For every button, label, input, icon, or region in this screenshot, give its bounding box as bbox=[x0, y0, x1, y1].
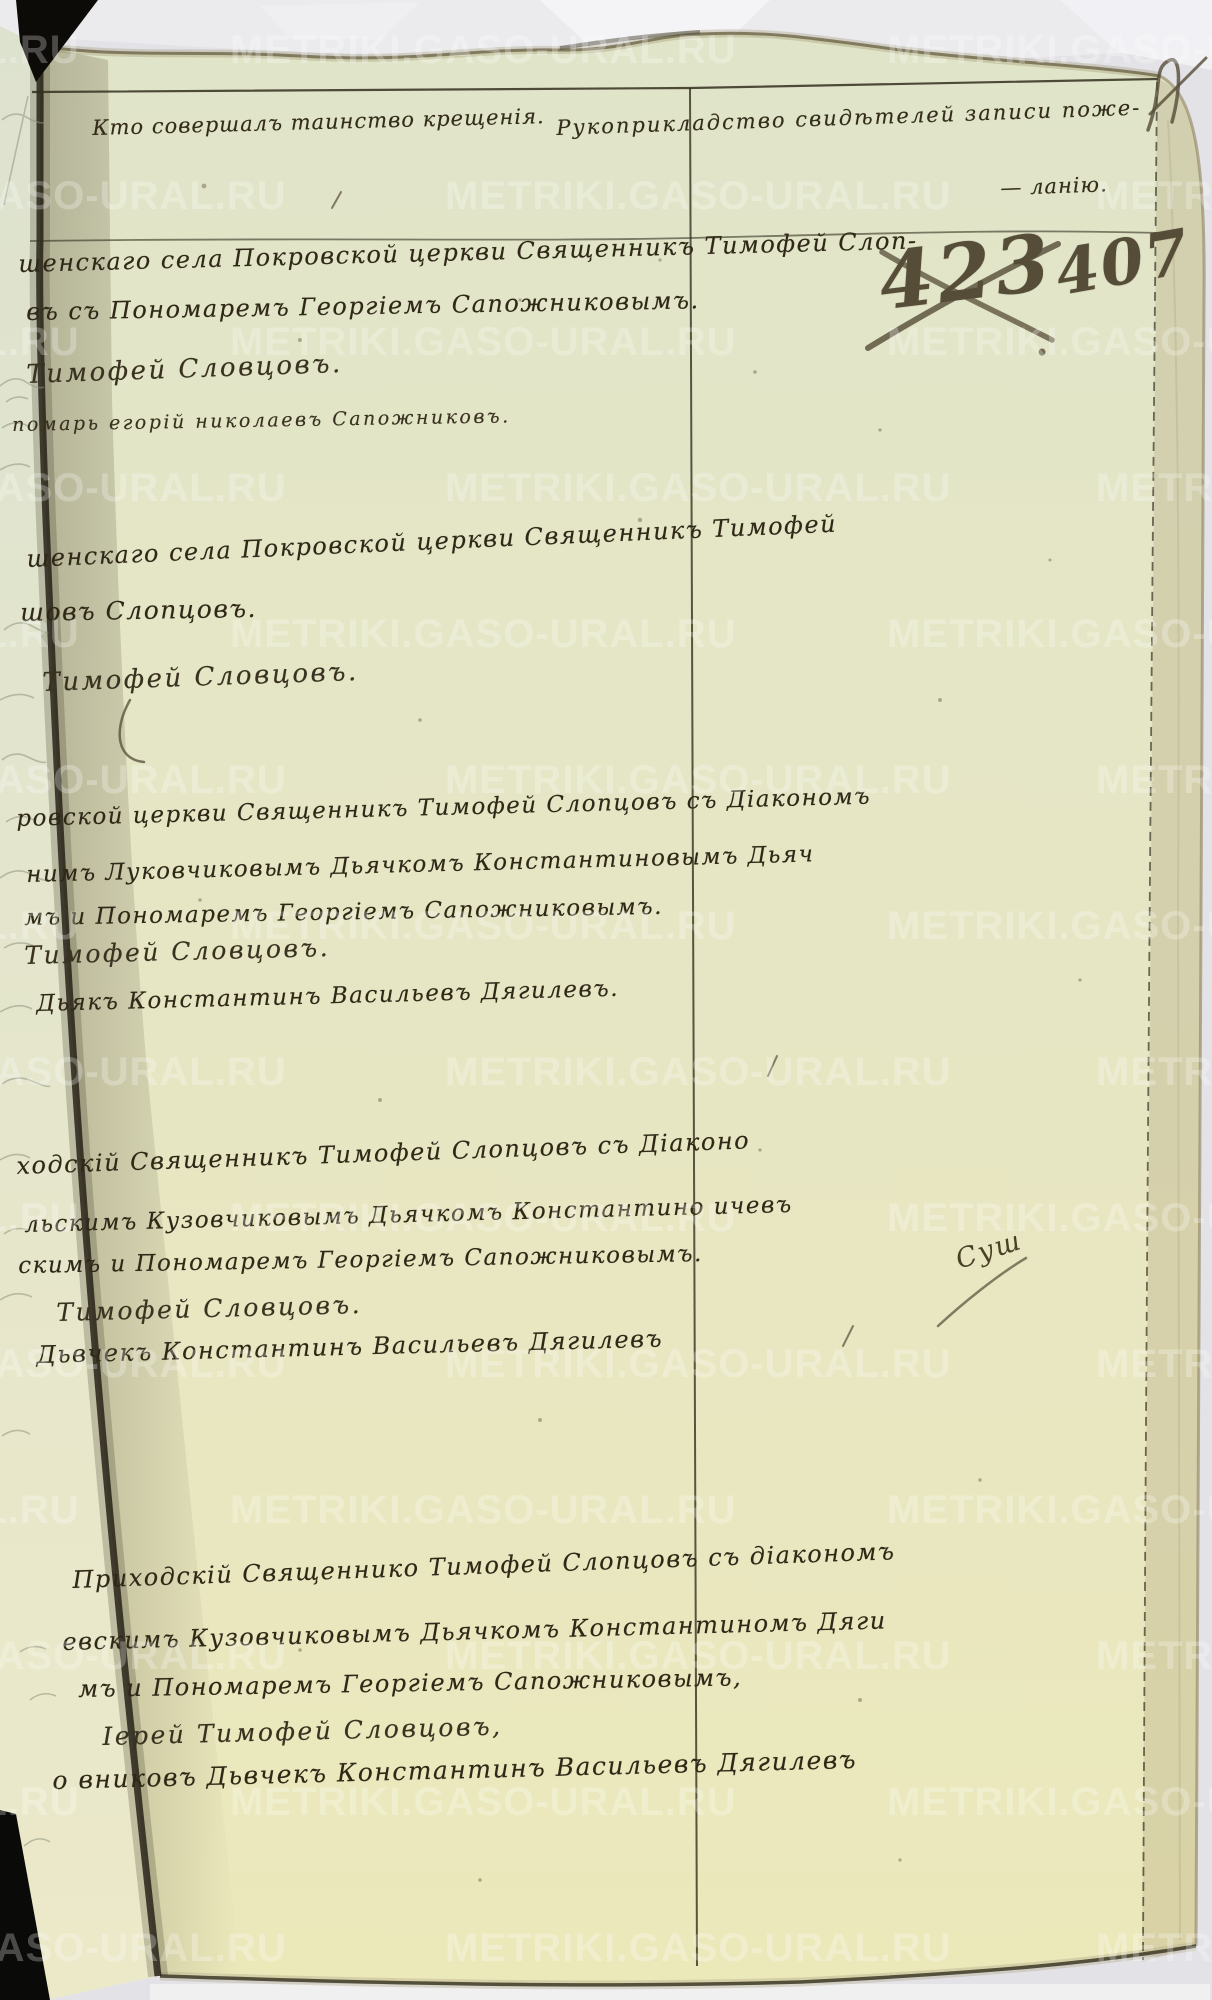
header-right-column-line2: — ланію. bbox=[1000, 172, 1108, 200]
entry-3-line-4: Тимофей Словцовъ. bbox=[24, 933, 330, 970]
entry-1-line-1: шенскаго села Покровской церкви Священни… bbox=[18, 226, 918, 278]
entry-4-line-1: ходскій Священникъ Тимофей Слопцовъ съ Д… bbox=[16, 1126, 751, 1180]
entry-5-line-3: мъ и Пономаремъ Георгіемъ Сапожниковымъ, bbox=[78, 1663, 742, 1703]
entry-4-line-2: льскимъ Кузовчиковымъ Дьячкомъ Константи… bbox=[24, 1192, 793, 1238]
entry-5-line-2: евскимъ Кузовчиковымъ Дьячкомъ Константи… bbox=[62, 1606, 887, 1656]
entry-1-line-2: въ съ Пономаремъ Георгіемъ Сапожниковымъ… bbox=[26, 286, 700, 326]
header-right-column-line1: Рукоприкладство свидѣтелей записи поже- bbox=[556, 96, 1142, 140]
handwriting-layer: Кто совершалъ таинство крещенія. Рукопри… bbox=[0, 0, 1212, 2000]
entry-4-line-5: Дьвчекъ Константинъ Васильевъ Дягилевъ bbox=[36, 1325, 663, 1369]
entry-4-line-3: скимъ и Пономаремъ Георгіемъ Сапожниковы… bbox=[18, 1241, 703, 1279]
scanned-document-page: Кто совершалъ таинство крещенія. Рукопри… bbox=[0, 0, 1212, 2000]
entry-3-line-5: Дьякъ Константинъ Васильевъ Дягилевъ. bbox=[36, 976, 619, 1017]
entry-3-line-2: нимъ Луковчиковымъ Дьячкомъ Константинов… bbox=[26, 841, 815, 888]
entry-2-line-2: шовъ Слопцовъ. bbox=[20, 594, 257, 627]
entry-3-line-1: ровской церкви Священникъ Тимофей Слопцо… bbox=[16, 784, 871, 832]
current-folio-number: 407 bbox=[1050, 214, 1196, 309]
entry-5-line-1: Приходскій Священнико Тимофей Слопцовъ с… bbox=[72, 1537, 896, 1594]
entry-2-line-1: шенскаго села Покровской церкви Священни… bbox=[26, 510, 838, 573]
entry-2-line-3: Тимофей Словцовъ. bbox=[42, 657, 359, 698]
entry-1-line-3: Тимофей Словцовъ. bbox=[26, 349, 343, 390]
header-left-column: Кто совершалъ таинство крещенія. bbox=[92, 104, 545, 140]
entry-5-line-4: Іерей Тимофей Словцовъ, bbox=[102, 1712, 503, 1751]
entry-3-line-3: мъ и Пономаремъ Георгіемъ Сапожниковымъ. bbox=[24, 894, 663, 931]
margin-note: Суш bbox=[952, 1225, 1026, 1275]
entry-4-line-4: Тимофей Словцовъ. bbox=[56, 1290, 362, 1327]
entry-1-line-4: помарь егорій николаевъ Сапожниковъ. bbox=[12, 405, 511, 436]
entry-5-line-5: о вниковъ Дьвчекъ Константинъ Васильевъ … bbox=[52, 1745, 857, 1795]
